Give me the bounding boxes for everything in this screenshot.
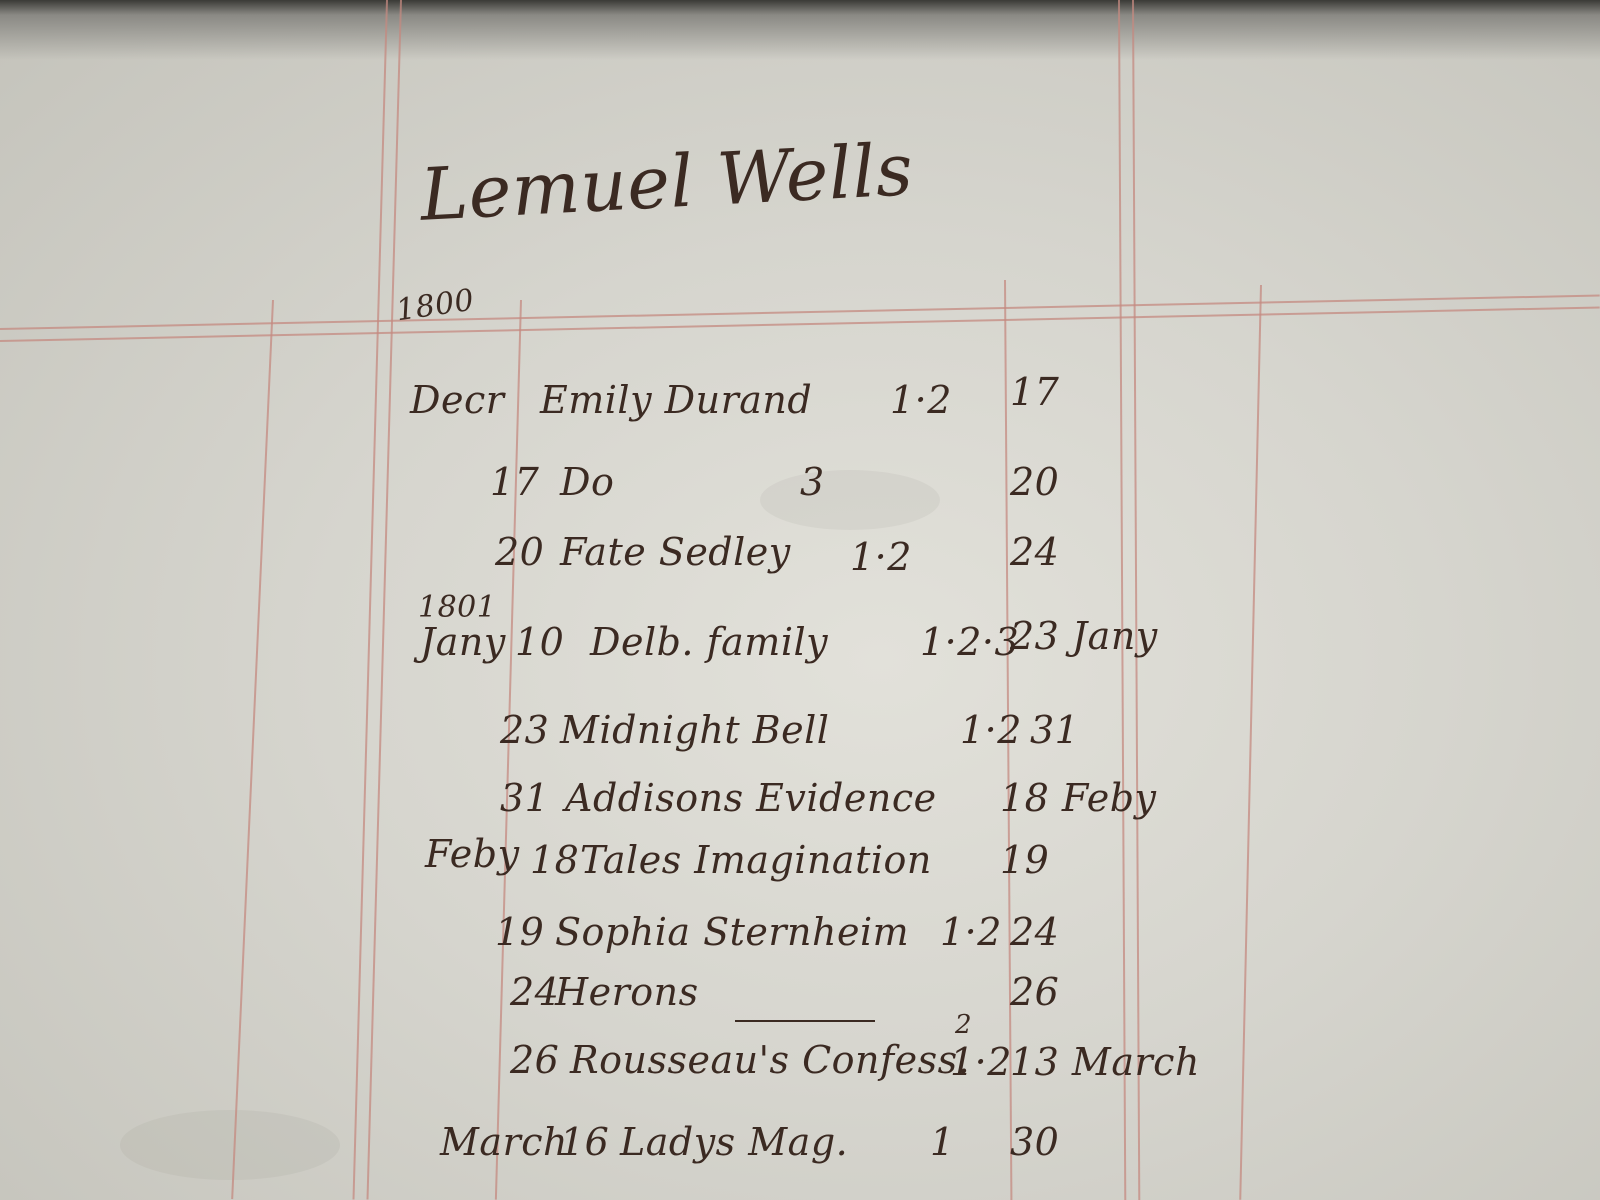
ruling-line-vertical — [366, 0, 402, 1200]
entry-title: Tales Imagination — [580, 838, 932, 882]
entry-returned: 20 — [1010, 460, 1059, 504]
entry-volumes: 3 — [800, 460, 825, 504]
entry-returned: 19 — [1000, 838, 1049, 882]
ruling-line-vertical — [1239, 285, 1262, 1200]
entry-month: March — [440, 1120, 568, 1164]
ditto-dash — [735, 1020, 875, 1022]
entry-title: Sophia Sternheim — [555, 910, 909, 954]
entry-volumes: 1·2 — [940, 910, 1002, 954]
ruling-line-vertical — [1118, 0, 1126, 1200]
entry-title: Fate Sedley — [560, 530, 791, 574]
paper-stain — [120, 1110, 340, 1180]
entry-returned: 31 — [1030, 708, 1079, 752]
entry-title: Do — [560, 460, 614, 504]
entry-volumes: 1·2 — [850, 535, 912, 579]
entry-day: 19 — [495, 910, 544, 954]
entry-returned: 30 — [1010, 1120, 1059, 1164]
entry-day: 24 — [510, 970, 559, 1014]
entry-title: Rousseau's Confess. — [570, 1038, 970, 1082]
entry-month: Feby — [425, 832, 520, 876]
entry-day: 16 — [560, 1120, 609, 1164]
ruling-line-vertical — [1132, 0, 1140, 1200]
entry-returned: 17 — [1010, 370, 1059, 414]
entry-title: Ladys Mag. — [620, 1120, 848, 1164]
year-1800: 1800 — [394, 283, 476, 329]
entry-title: Emily Durand — [540, 378, 812, 422]
page-edge-shadow — [0, 0, 1600, 60]
entry-volumes: 1·2 — [950, 1040, 1012, 1084]
entry-day: 10 — [515, 620, 564, 664]
entry-day: 18 — [530, 838, 579, 882]
entry-volumes: 1 — [930, 1120, 955, 1164]
entry-title: Herons — [555, 970, 699, 1014]
entry-month: Decr — [410, 378, 504, 422]
entry-day: 31 — [500, 776, 549, 820]
entry-title: Midnight Bell — [560, 708, 829, 752]
entry-returned: 13 March — [1010, 1040, 1200, 1084]
entry-title: Addisons Evidence — [565, 776, 937, 820]
entry-day: 20 — [495, 530, 544, 574]
entry-month: Jany — [420, 620, 506, 664]
entry-returned: 18 Feby — [1000, 776, 1157, 820]
entry-day: 26 — [510, 1038, 559, 1082]
entry-returned: 26 — [1010, 970, 1059, 1014]
paper-stain — [760, 470, 940, 530]
entry-returned: 23 Jany — [1010, 614, 1158, 658]
entry-volumes: 1·2 — [960, 708, 1022, 752]
entry-volumes: 1·2·3 — [920, 620, 1019, 664]
entry-volumes: 1·2 — [890, 378, 952, 422]
entry-returned: 24 — [1010, 910, 1059, 954]
entry-title: Delb. family — [590, 620, 828, 664]
entry-volumes: 2 — [955, 1010, 972, 1040]
account-holder-name: Lemuel Wells — [418, 127, 915, 237]
ruling-line-vertical — [231, 300, 274, 1199]
entry-day: 23 — [500, 708, 549, 752]
entry-returned: 24 — [1010, 530, 1059, 574]
ledger-photo: Lemuel Wells 1800 1801 Decr Emily Durand… — [0, 0, 1600, 1200]
entry-day: 17 — [490, 460, 539, 504]
